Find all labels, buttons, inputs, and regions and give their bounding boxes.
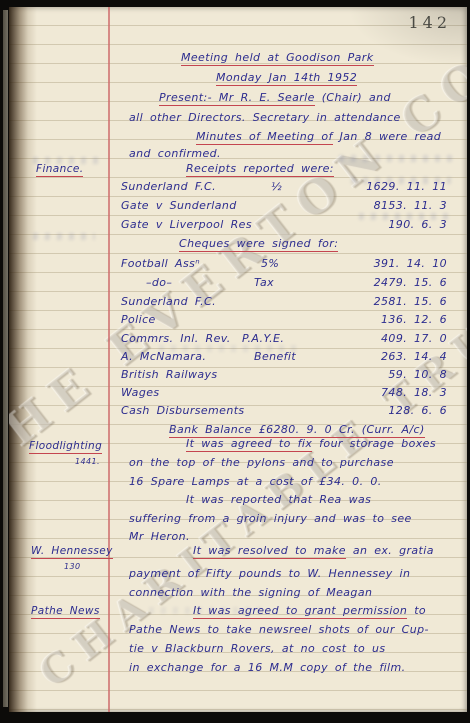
floodlighting-underlined: It was agreed to fix [186, 437, 312, 452]
cheque-row: Commrs. Inl. Rev. P.A.Y.E. 409. 17. 0 [9, 332, 467, 346]
floodlighting-line-1: It was agreed to fix four storage boxes [186, 437, 436, 451]
receipt-row: Sunderland F.C. ½ 1629. 11. 11 [9, 180, 467, 194]
cheque-row: Cash Disbursements 128. 6. 6 [9, 404, 467, 418]
cheque-amount: 409. 17. 0 [381, 332, 447, 346]
hennessey-line-2: payment of Fifty pounds to W. Hennessey … [129, 567, 410, 581]
cheques-heading: Cheques were signed for: [179, 237, 338, 251]
minutes-read-rest: Jan 8 were read [333, 130, 441, 143]
injury-line-2: suffering from a groin injury and was to… [129, 512, 412, 526]
cheque-label: Wages [121, 386, 160, 399]
pathe-margin-text: Pathe News [31, 605, 100, 619]
cheque-label: A. McNamara. [121, 350, 206, 363]
receipt-label: Gate v Liverpool Res [121, 218, 252, 231]
receipt-label2: ½ [271, 180, 282, 194]
bank-balance-line: Bank Balance £6280. 9. 0 Cr. (Curr. A/c) [169, 423, 425, 437]
cheque-label: British Railways [121, 368, 218, 381]
cheque-row: A. McNamara. Benefit 263. 14. 4 [9, 350, 467, 364]
receipt-label: Gate v Sunderland [121, 199, 237, 212]
cheque-amount: 136. 12. 6 [381, 313, 447, 327]
cheque-amount: 2479. 15. 6 [374, 276, 447, 290]
meeting-date-text: Monday Jan 14th 1952 [216, 71, 357, 86]
attendance-line: all other Directors. Secretary in attend… [129, 111, 401, 125]
book-page-edge [3, 10, 8, 707]
scanned-page: THE EVERTON COLLECTION CHARITABLE TRUST … [0, 0, 470, 723]
pathe-margin-label: Pathe News [31, 604, 100, 618]
floodlighting-rest: four storage boxes [312, 437, 436, 450]
hennessey-minute-number: 130 [64, 560, 80, 574]
pathe-rest: to [407, 604, 426, 617]
meeting-location-text: Meeting held at Goodison Park [181, 51, 374, 66]
cheque-label: Cash Disbursements [121, 404, 245, 417]
hennessey-margin-text: W. Hennessey [31, 545, 113, 559]
page-number: 142 [408, 13, 451, 32]
cheque-row: Wages 748. 18. 3 [9, 386, 467, 400]
cheque-amount: 128. 6. 6 [388, 404, 447, 418]
injury-line-1: It was reported that Rea was [186, 493, 371, 507]
bank-balance-text: Bank Balance £6280. 9. 0 Cr. (Curr. A/c) [169, 423, 425, 438]
ink-showthrough-smudge [33, 233, 95, 240]
meeting-location-line: Meeting held at Goodison Park [181, 51, 374, 65]
receipt-amount: 190. 6. 3 [388, 218, 447, 232]
cheque-amount: 2581. 15. 6 [374, 295, 447, 309]
floodlighting-line-2: on the top of the pylons and to purchase [129, 456, 394, 470]
hennessey-rest: an ex. gratia [346, 544, 434, 557]
hennessey-underlined: It was resolved to make [193, 544, 346, 559]
pathe-line-3: tie v Blackburn Rovers, at no cost to us [129, 642, 386, 656]
receipt-label: Sunderland F.C. [121, 180, 216, 193]
pathe-line-2: Pathe News to take newsreel shots of our… [129, 623, 429, 637]
pathe-line-1: It was agreed to grant permission to [193, 604, 426, 618]
receipt-amount: 1629. 11. 11 [366, 180, 447, 194]
cheque-label2: P.A.Y.E. [242, 332, 284, 346]
cheque-label2: 5% [261, 257, 279, 271]
hennessey-margin-label: W. Hennessey [31, 544, 113, 558]
receipt-row: Gate v Liverpool Res 190. 6. 3 [9, 218, 467, 232]
minutes-confirmed-line: and confirmed. [129, 147, 221, 161]
cheque-row: Sunderland F.C. 2581. 15. 6 [9, 295, 467, 309]
minutes-read-underlined: Minutes of Meeting of [196, 130, 333, 145]
cheque-label: Commrs. Inl. Rev. [121, 332, 231, 345]
present-rest: (Chair) and [315, 91, 391, 104]
hennessey-line-1: It was resolved to make an ex. gratia [193, 544, 434, 558]
cheques-heading-text: Cheques were signed for: [179, 237, 338, 252]
cheque-amount: 391. 14. 10 [374, 257, 447, 271]
cheque-label: Sunderland F.C. [121, 295, 216, 308]
floodlighting-line-3: 16 Spare Lamps at a cost of £34. 0. 0. [129, 475, 382, 489]
hennessey-line-3: connection with the signing of Meagan [129, 586, 372, 600]
floodlighting-minute-number: 1441. [75, 455, 100, 469]
cheque-row: Police 136. 12. 6 [9, 313, 467, 327]
ink-showthrough-smudge [339, 155, 459, 162]
cheque-amount: 263. 14. 4 [381, 350, 447, 364]
injury-line-3: Mr Heron. [129, 530, 190, 544]
receipt-row: Gate v Sunderland 8153. 11. 3 [9, 199, 467, 213]
receipts-heading: Receipts reported were: [186, 162, 334, 176]
receipts-heading-text: Receipts reported were: [186, 162, 334, 177]
present-line: Present:- Mr R. E. Searle (Chair) and [159, 91, 391, 105]
cheque-label: Football Assⁿ [121, 257, 200, 270]
minutes-read-line: Minutes of Meeting of Jan 8 were read [196, 130, 441, 144]
cheque-row: –do– Tax 2479. 15. 6 [9, 276, 467, 290]
minute-book-page: THE EVERTON COLLECTION CHARITABLE TRUST … [9, 7, 467, 712]
cheque-amount: 59. 10. 8 [388, 368, 447, 382]
pathe-underlined: It was agreed to grant permission [193, 604, 407, 619]
pathe-line-4: in exchange for a 16 M.M copy of the fil… [129, 661, 406, 675]
finance-margin-label: Finance. [36, 162, 83, 176]
cheque-label: Police [121, 313, 156, 326]
cheque-row: British Railways 59. 10. 8 [9, 368, 467, 382]
receipt-amount: 8153. 11. 3 [374, 199, 447, 213]
cheque-row: Football Assⁿ 5% 391. 14. 10 [9, 257, 467, 271]
cheque-label2: Tax [254, 276, 274, 290]
cheque-label2: Benefit [254, 350, 296, 364]
cheque-label: –do– [146, 276, 172, 289]
floodlighting-margin-text: Floodlighting [29, 440, 102, 454]
cheque-amount: 748. 18. 3 [381, 386, 447, 400]
finance-margin-text: Finance. [36, 163, 83, 177]
present-underlined: Present:- Mr R. E. Searle [159, 91, 315, 106]
floodlighting-margin-label: Floodlighting [29, 439, 102, 453]
meeting-date-line: Monday Jan 14th 1952 [216, 71, 357, 85]
